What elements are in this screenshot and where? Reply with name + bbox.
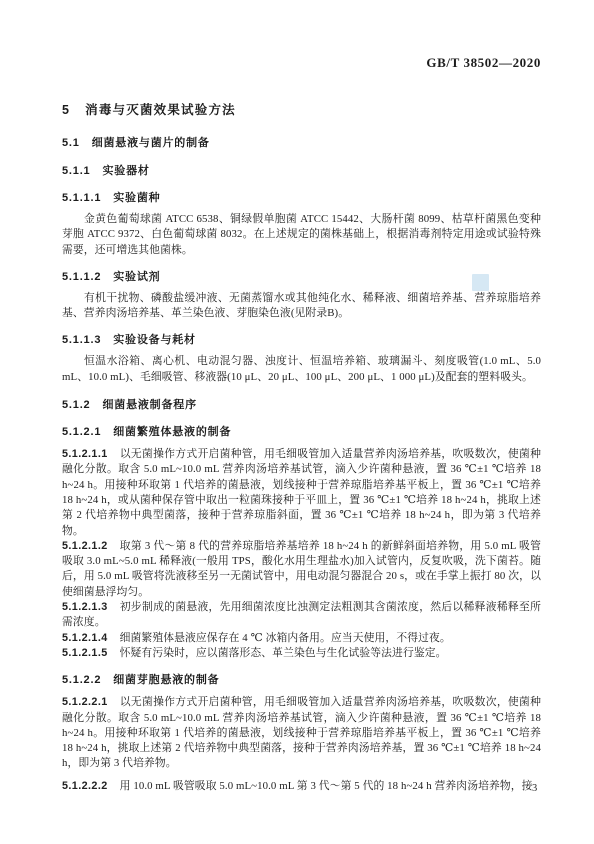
section-title: 实验设备与耗材 xyxy=(113,334,196,346)
clause-number: 5.1.2.1.5 xyxy=(62,647,108,659)
clause-5-1-2-1-2: 5.1.2.1.2取第 3 代～第 8 代的营养琼脂培养基培养 18 h~24 … xyxy=(62,539,541,600)
section-heading-5-1: 5.1细菌悬液与菌片的制备 xyxy=(62,135,541,151)
section-number: 5.1.2.1 xyxy=(62,426,101,438)
section-heading-5-1-1-3: 5.1.1.3实验设备与耗材 xyxy=(62,332,541,348)
section-title: 实验菌种 xyxy=(113,192,160,204)
section-heading-5-1-2-2: 5.1.2.2细菌芽胞悬液的制备 xyxy=(62,672,541,688)
clause-5-1-2-1-4: 5.1.2.1.4细菌繁殖体悬液应保存在 4 ℃ 冰箱内备用。应当天使用，不得过… xyxy=(62,631,541,646)
section-heading-5-1-1: 5.1.1实验器材 xyxy=(62,163,541,179)
clause-text: 以无菌操作方式开启菌种管，用毛细吸管加入适量营养肉汤培养基，吹吸数次，使菌种融化… xyxy=(62,696,541,769)
section-title: 实验器材 xyxy=(102,165,149,177)
clause-text: 取第 3 代～第 8 代的营养琼脂培养基培养 18 h~24 h 的新鲜斜面培养… xyxy=(62,540,541,598)
section-heading-5-1-2: 5.1.2细菌悬液制备程序 xyxy=(62,397,541,413)
clause-5-1-2-2-1: 5.1.2.2.1以无菌操作方式开启菌种管，用毛细吸管加入适量营养肉汤培养基，吹… xyxy=(62,695,541,771)
section-number: 5.1.2 xyxy=(62,399,90,411)
clause-text: 以无菌操作方式开启菌种管，用毛细吸管加入适量营养肉汤培养基，吹吸数次，使菌种融化… xyxy=(62,448,541,536)
section-number: 5.1.1.1 xyxy=(62,192,101,204)
section-title: 消毒与灭菌效果试验方法 xyxy=(85,103,236,117)
clause-number: 5.1.2.1.1 xyxy=(62,448,108,460)
clause-number: 5.1.2.1.2 xyxy=(62,540,108,552)
clause-5-1-2-1-5: 5.1.2.1.5怀疑有污染时，应以菌落形态、革兰染色与生化试验等法进行鉴定。 xyxy=(62,646,541,661)
section-title: 细菌芽胞悬液的制备 xyxy=(113,674,219,686)
clause-text: 怀疑有污染时，应以菌落形态、革兰染色与生化试验等法进行鉴定。 xyxy=(120,647,447,659)
clause-5-1-2-2-2: 5.1.2.2.2用 10.0 mL 吸管吸取 5.0 mL~10.0 mL 第… xyxy=(62,779,541,794)
section-heading-5-1-1-2: 5.1.1.2实验试剂 xyxy=(62,269,541,285)
section-title: 细菌悬液与菌片的制备 xyxy=(92,137,210,149)
paragraph-5-1-1-1: 金黄色葡萄球菌 ATCC 6538、铜绿假单胞菌 ATCC 15442、大肠杆菌… xyxy=(62,212,541,258)
clause-text: 初步制成的菌悬液，先用细菌浓度比浊测定法粗测其含菌浓度，然后以稀释液稀释至所需浓… xyxy=(62,601,541,628)
document-page: GB/T 38502—2020 5消毒与灭菌效果试验方法 5.1细菌悬液与菌片的… xyxy=(0,0,594,844)
clause-5-1-2-1-3: 5.1.2.1.3初步制成的菌悬液，先用细菌浓度比浊测定法粗测其含菌浓度，然后以… xyxy=(62,600,541,631)
section-heading-5-1-2-1: 5.1.2.1细菌繁殖体悬液的制备 xyxy=(62,424,541,440)
section-number: 5 xyxy=(62,103,70,117)
section-heading-5: 5消毒与灭菌效果试验方法 xyxy=(62,102,541,118)
paragraph-5-1-1-2: 有机干扰物、磷酸盐缓冲液、无菌蒸馏水或其他纯化水、稀释液、细菌培养基、营养琼脂培… xyxy=(62,291,541,322)
document-content: 5消毒与灭菌效果试验方法 5.1细菌悬液与菌片的制备 5.1.1实验器材 5.1… xyxy=(62,102,541,794)
page-number: 3 xyxy=(532,783,537,794)
section-title: 细菌悬液制备程序 xyxy=(102,399,196,411)
section-title: 实验试剂 xyxy=(113,271,160,283)
clause-text: 细菌繁殖体悬液应保存在 4 ℃ 冰箱内备用。应当天使用，不得过夜。 xyxy=(120,632,451,644)
clause-text: 用 10.0 mL 吸管吸取 5.0 mL~10.0 mL 第 3 代～第 5 … xyxy=(120,780,533,792)
clause-number: 5.1.2.1.4 xyxy=(62,632,108,644)
clause-number: 5.1.2.2.1 xyxy=(62,696,108,708)
paragraph-5-1-1-3: 恒温水浴箱、离心机、电动混匀器、浊度计、恒温培养箱、玻璃漏斗、刻度吸管(1.0 … xyxy=(62,354,541,385)
clause-5-1-2-1-1: 5.1.2.1.1以无菌操作方式开启菌种管，用毛细吸管加入适量营养肉汤培养基，吹… xyxy=(62,447,541,539)
section-number: 5.1.1.3 xyxy=(62,334,101,346)
section-number: 5.1.2.2 xyxy=(62,674,101,686)
section-number: 5.1.1 xyxy=(62,165,90,177)
section-heading-5-1-1-1: 5.1.1.1实验菌种 xyxy=(62,190,541,206)
clause-number: 5.1.2.2.2 xyxy=(62,780,108,792)
section-title: 细菌繁殖体悬液的制备 xyxy=(113,426,231,438)
clause-number: 5.1.2.1.3 xyxy=(62,601,108,613)
section-number: 5.1 xyxy=(62,137,80,149)
standard-code: GB/T 38502—2020 xyxy=(426,55,541,71)
section-number: 5.1.1.2 xyxy=(62,271,101,283)
